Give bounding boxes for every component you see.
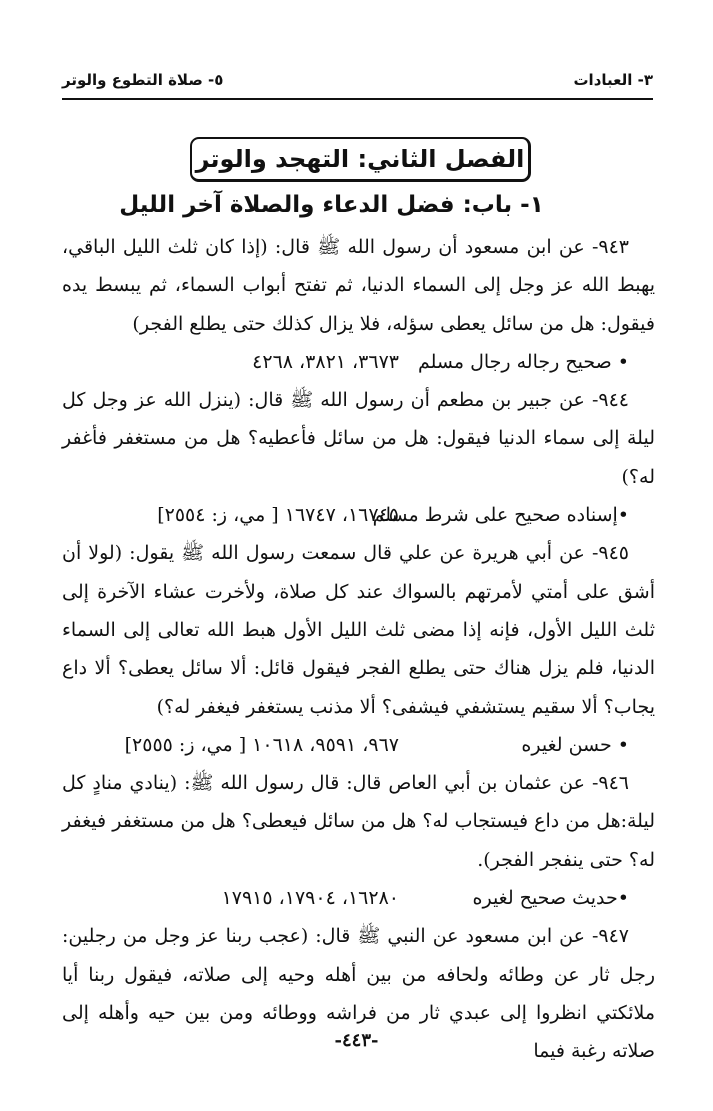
- hadith-list: ٩٤٣- عن ابن مسعود أن رسول الله ﷺ قال: (إ…: [62, 228, 655, 1071]
- hadith-945-verdict: • حسن لغيره ٩٦٧، ٩٥٩١، ١٠٦١٨ [ مي، ز: ٢٥…: [62, 726, 655, 764]
- hadith-944-text: ٩٤٤- عن جبير بن مطعم أن رسول الله ﷺ قال:…: [62, 381, 655, 496]
- hadith-grade: • صحيح رجاله رجال مسلم: [399, 343, 629, 381]
- hadith-references: ٩٦٧، ٩٥٩١، ١٠٦١٨ [ مي، ز: ٢٥٥٥]: [125, 726, 399, 764]
- running-head: ٣- العبادات ٥- صلاة التطوع والوتر: [62, 68, 653, 92]
- hadith-943-verdict: • صحيح رجاله رجال مسلم ٣٦٧٣، ٣٨٢١، ٤٢٦٨: [62, 343, 655, 381]
- hadith-grade: •حديث صحيح لغيره: [399, 879, 629, 917]
- hadith-references: ١٦٢٨٠، ١٧٩٠٤، ١٧٩١٥: [222, 879, 399, 917]
- hadith-946-text: ٩٤٦- عن عثمان بن أبي العاص قال: قال رسول…: [62, 764, 655, 879]
- hadith-945-text: ٩٤٥- عن أبي هريرة عن علي قال سمعت رسول ا…: [62, 534, 655, 725]
- hadith-944-verdict: •إسناده صحيح على شرط مسلم ١٦٧٤٥، ١٦٧٤٧ […: [62, 496, 655, 534]
- hadith-grade: • حسن لغيره: [399, 726, 629, 764]
- chapter-title: الفصل الثاني: التهجد والوتر: [196, 145, 525, 173]
- hadith-grade: •إسناده صحيح على شرط مسلم: [399, 496, 629, 534]
- hadith-943-text: ٩٤٣- عن ابن مسعود أن رسول الله ﷺ قال: (إ…: [62, 228, 655, 343]
- hadith-references: ١٦٧٤٥، ١٦٧٤٧ [ مي، ز: ٢٥٥٤]: [157, 496, 399, 534]
- running-head-chapter: ٥- صلاة التطوع والوتر: [62, 71, 223, 89]
- hadith-references: ٣٦٧٣، ٣٨٢١، ٤٢٦٨: [252, 343, 399, 381]
- chapter-title-box: الفصل الثاني: التهجد والوتر: [190, 137, 531, 182]
- page-number: -٤٤٣-: [0, 1030, 713, 1051]
- running-head-section: ٣- العبادات: [573, 71, 653, 89]
- header-divider: [62, 98, 653, 100]
- hadith-946-verdict: •حديث صحيح لغيره ١٦٢٨٠، ١٧٩٠٤، ١٧٩١٥: [62, 879, 655, 917]
- section-title: ١- باب: فضل الدعاء والصلاة آخر الليل: [100, 192, 563, 218]
- book-page: ٣- العبادات ٥- صلاة التطوع والوتر الفصل …: [0, 0, 713, 1111]
